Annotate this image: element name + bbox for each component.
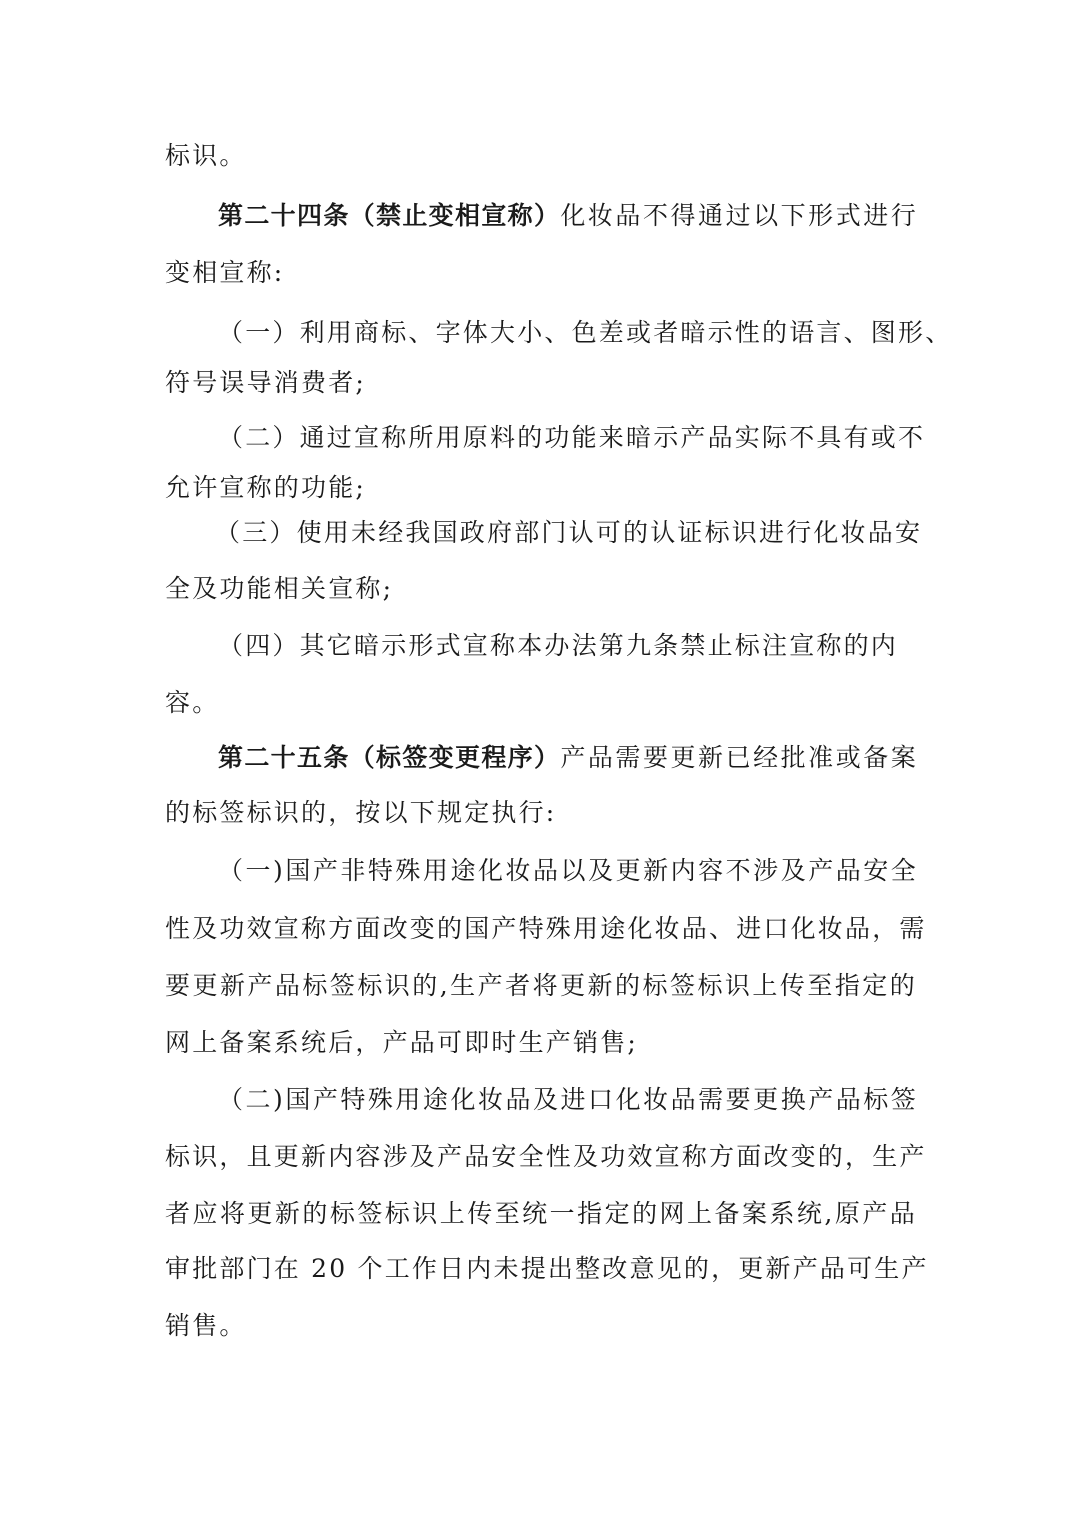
article-heading: 第二十五条（标签变更程序） <box>218 743 560 772</box>
line-text: 标识。 <box>165 141 247 170</box>
line-text: 变相宣称: <box>165 258 284 287</box>
line-text: 允许宣称的功能; <box>165 473 366 502</box>
line-text: 网上备案系统后，产品可即时生产销售; <box>165 1028 638 1057</box>
paragraph-line: 审批部门在 20 个工作日内未提出整改意见的，更新产品可生产 <box>165 1249 917 1289</box>
list-item-line: （一)国产非特殊用途化妆品以及更新内容不涉及产品安全 <box>218 851 918 891</box>
list-item-line: （四）其它暗示形式宣称本办法第九条禁止标注宣称的内 <box>218 626 898 666</box>
paragraph-line: 的标签标识的，按以下规定执行: <box>165 793 917 833</box>
paragraph-line: 变相宣称: <box>165 253 917 293</box>
line-text: 要更新产品标签标识的,生产者将更新的标签标识上传至指定的 <box>165 971 917 1000</box>
line-text: （四）其它暗示形式宣称本办法第九条禁止标注宣称的内 <box>218 631 898 660</box>
paragraph-line: 容。 <box>165 683 917 723</box>
line-text: 符号误导消费者; <box>165 368 366 397</box>
line-text: （一）利用商标、字体大小、色差或者暗示性的语言、图形、 <box>218 318 952 347</box>
paragraph-line: 符号误导消费者; <box>165 363 917 403</box>
line-text: （二）通过宣称所用原料的功能来暗示产品实际不具有或不 <box>218 423 925 452</box>
paragraph-line: 销售。 <box>165 1306 917 1346</box>
article-heading: 第二十四条（禁止变相宣称） <box>218 201 560 230</box>
line-text: （一)国产非特殊用途化妆品以及更新内容不涉及产品安全 <box>218 856 918 885</box>
line-text: 产品需要更新已经批准或备案 <box>560 743 918 772</box>
line-text: 化妆品不得通过以下形式进行 <box>560 201 918 230</box>
paragraph-line: 标识。 <box>165 136 917 176</box>
line-text: （二)国产特殊用途化妆品及进口化妆品需要更换产品标签 <box>218 1085 918 1114</box>
line-text: 的标签标识的，按以下规定执行: <box>165 798 556 827</box>
line-text: 容。 <box>165 688 219 717</box>
article-25-heading-line: 第二十五条（标签变更程序）产品需要更新已经批准或备案 <box>218 738 918 778</box>
line-text: 审批部门在 20 个工作日内未提出整改意见的，更新产品可生产 <box>165 1254 929 1283</box>
paragraph-line: 者应将更新的标签标识上传至统一指定的网上备案系统,原产品 <box>165 1194 917 1234</box>
line-text: （三）使用未经我国政府部门认可的认证标识进行化妆品安 <box>215 518 922 547</box>
paragraph-line: 标识，且更新内容涉及产品安全性及功效宣称方面改变的，生产 <box>165 1137 917 1177</box>
paragraph-line: 网上备案系统后，产品可即时生产销售; <box>165 1023 917 1063</box>
line-text: 者应将更新的标签标识上传至统一指定的网上备案系统,原产品 <box>165 1199 917 1228</box>
line-text: 性及功效宣称方面改变的国产特殊用途化妆品、进口化妆品，需 <box>165 914 927 943</box>
paragraph-line: 允许宣称的功能; <box>165 468 917 508</box>
list-item-line: （二）通过宣称所用原料的功能来暗示产品实际不具有或不 <box>218 418 918 458</box>
line-text: 标识，且更新内容涉及产品安全性及功效宣称方面改变的，生产 <box>165 1142 927 1171</box>
list-item-line: （二)国产特殊用途化妆品及进口化妆品需要更换产品标签 <box>218 1080 918 1120</box>
document-page: 标识。 第二十四条（禁止变相宣称）化妆品不得通过以下形式进行 变相宣称: （一）… <box>0 0 1080 1527</box>
line-text: 全及功能相关宣称; <box>165 574 393 603</box>
paragraph-line: 全及功能相关宣称; <box>165 569 917 609</box>
paragraph-line: 性及功效宣称方面改变的国产特殊用途化妆品、进口化妆品，需 <box>165 909 917 949</box>
paragraph-line: 要更新产品标签标识的,生产者将更新的标签标识上传至指定的 <box>165 966 917 1006</box>
list-item-line: （三）使用未经我国政府部门认可的认证标识进行化妆品安 <box>215 513 918 553</box>
line-text: 销售。 <box>165 1311 247 1340</box>
list-item-line: （一）利用商标、字体大小、色差或者暗示性的语言、图形、 <box>218 313 918 353</box>
article-24-heading-line: 第二十四条（禁止变相宣称）化妆品不得通过以下形式进行 <box>218 196 918 236</box>
